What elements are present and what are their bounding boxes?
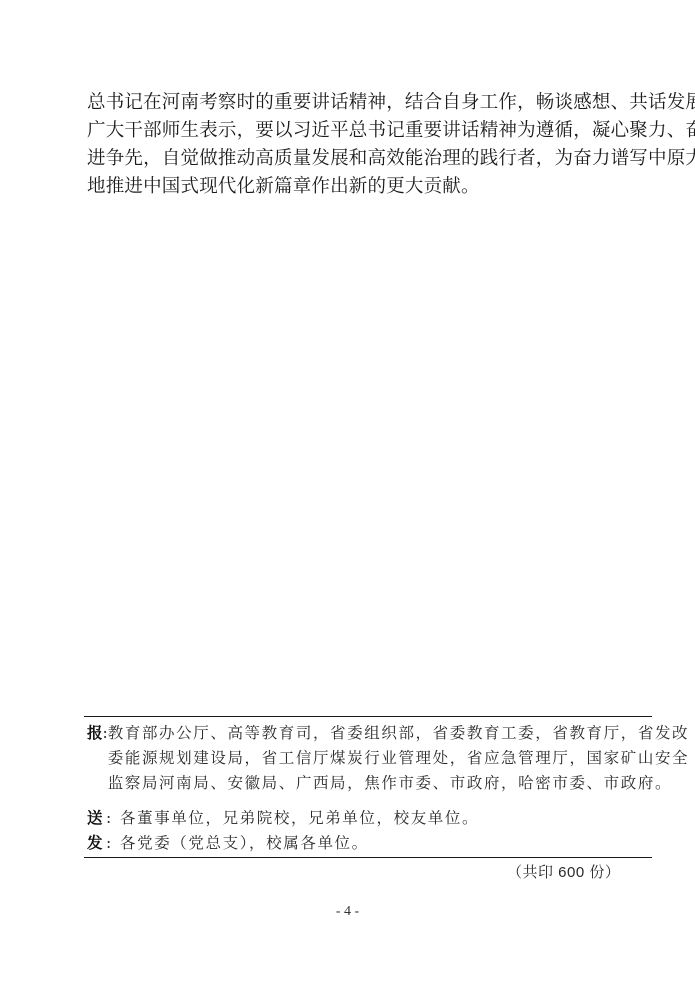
distribution-report-to: 报 : 教育部办公厅、高等教育司，省委组织部，省委教育工委，省教育厅，省发改 委…	[87, 721, 652, 796]
recipients-line: 委能源规划建设局，省工信厅煤炭行业管理处，省应急管理厅，国家矿山安全	[108, 746, 689, 771]
recipients-line: 教育部办公厅、高等教育司，省委组织部，省委教育工委，省教育厅，省发改	[108, 721, 689, 746]
recipients-line: 各党委（党总支），校属各单位。	[120, 831, 652, 856]
page-number: - 4 -	[0, 902, 695, 922]
body-line: 广大干部师生表示，要以习近平总书记重要讲话精神为遵循，凝心聚力、奋	[87, 117, 615, 145]
body-paragraph: 总书记在河南考察时的重要讲话精神，结合自身工作，畅谈感想、共话发展。 广大干部师…	[87, 89, 615, 201]
issue-to-label: 发	[87, 831, 106, 856]
distribution-top-rule	[84, 716, 652, 717]
report-to-recipients: 教育部办公厅、高等教育司，省委组织部，省委教育工委，省教育厅，省发改 委能源规划…	[108, 721, 689, 796]
print-count: （共印 600 份）	[507, 862, 620, 884]
send-to-recipients: 各董事单位，兄弟院校，兄弟单位，校友单位。	[120, 806, 652, 831]
body-line: 地推进中国式现代化新篇章作出新的更大贡献。	[87, 173, 615, 201]
distribution-send-to: 送 : 各董事单位，兄弟院校，兄弟单位，校友单位。	[87, 806, 652, 831]
issue-to-recipients: 各党委（党总支），校属各单位。	[120, 831, 652, 856]
send-to-label: 送	[87, 806, 106, 831]
report-to-label: 报	[87, 721, 103, 746]
body-line: 总书记在河南考察时的重要讲话精神，结合自身工作，畅谈感想、共话发展。	[87, 89, 615, 117]
distribution-bottom-rule	[84, 857, 652, 858]
send-to-colon: :	[106, 806, 120, 831]
distribution-issue-to: 发 : 各党委（党总支），校属各单位。	[87, 831, 652, 856]
body-line: 进争先，自觉做推动高质量发展和高效能治理的践行者，为奋力谱写中原大	[87, 145, 615, 173]
recipients-line: 各董事单位，兄弟院校，兄弟单位，校友单位。	[120, 806, 652, 831]
recipients-line: 监察局河南局、安徽局、广西局，焦作市委、市政府，哈密市委、市政府。	[108, 771, 689, 796]
issue-to-colon: :	[106, 831, 120, 856]
